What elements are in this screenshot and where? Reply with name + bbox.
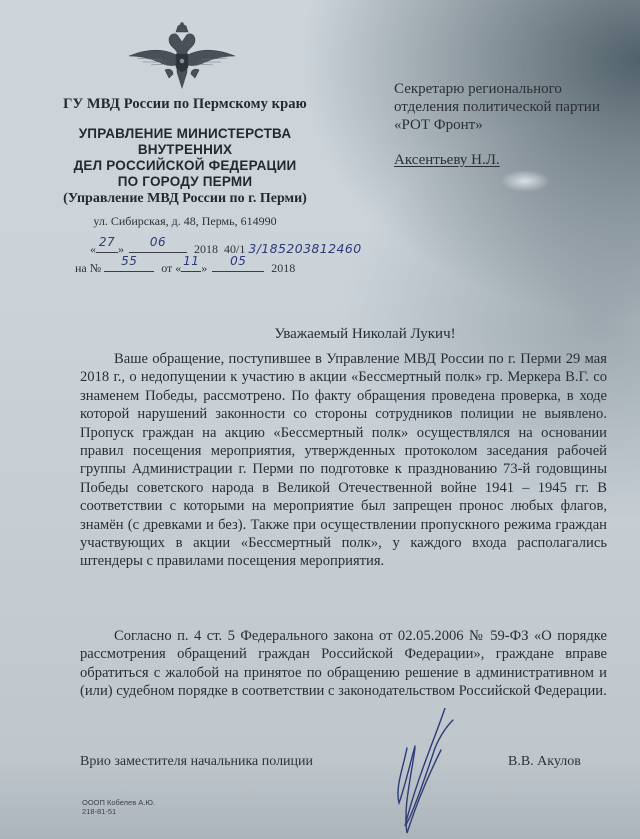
- in-reply-number-field: 55: [104, 259, 154, 272]
- organization-short-name: (Управление МВД России по г. Перми): [40, 190, 330, 208]
- in-reply-day-field: 11: [181, 259, 201, 272]
- quote-close: »: [201, 261, 207, 275]
- in-reply-day-value: 11: [181, 254, 201, 268]
- reg-number-handwritten: 3/185203812460: [248, 241, 361, 256]
- day-value: 27: [96, 235, 118, 249]
- body-paragraph-1: Ваше обращение, поступившее в Управление…: [80, 350, 607, 571]
- month-field: 06: [129, 240, 187, 253]
- recipient-line: «РОТ Фронт»: [394, 116, 634, 134]
- recipient-line: Секретарю регионального: [394, 80, 634, 98]
- recipient-block: Секретарю регионального отделения полити…: [394, 80, 634, 134]
- paragraph-text: Согласно п. 4 ст. 5 Федерального закона …: [80, 627, 607, 701]
- organization-name: УПРАВЛЕНИЕ МИНИСТЕРСТВА ВНУТРЕННИХ ДЕЛ Р…: [40, 126, 330, 190]
- org-line: ПО ГОРОДУ ПЕРМИ: [40, 174, 330, 190]
- salutation: Уважаемый Николай Лукич!: [0, 326, 640, 343]
- in-reply-label: на №: [75, 261, 101, 275]
- in-reply-month-value: 05: [212, 254, 264, 268]
- day-field: 27: [96, 240, 118, 253]
- photo-shadow: [0, 759, 640, 839]
- in-reply-number-value: 55: [104, 254, 154, 268]
- org-line: ДЕЛ РОССИЙСКОЙ ФЕДЕРАЦИИ: [40, 158, 330, 174]
- sender-header: ГУ МВД России по Пермскому краю УПРАВЛЕН…: [40, 96, 330, 229]
- in-reply-year-value: 2018: [271, 261, 295, 275]
- recipient-name: Аксентьеву Н.Л.: [394, 152, 500, 169]
- in-reply-registration-line: на № 55 от «11» 05 2018: [75, 259, 295, 276]
- org-line: ВНУТРЕННИХ: [40, 142, 330, 158]
- org-line: УПРАВЛЕНИЕ МИНИСТЕРСТВА: [40, 126, 330, 142]
- in-reply-month-field: 05: [212, 259, 264, 272]
- paper-smudge: [500, 170, 550, 192]
- paragraph-text: Ваше обращение, поступившее в Управление…: [80, 350, 607, 571]
- letter-page: ГУ МВД России по Пермскому краю УПРАВЛЕН…: [0, 0, 640, 839]
- parent-organization: ГУ МВД России по Пермскому краю: [40, 96, 330, 113]
- mvd-eagle-emblem-icon: [123, 22, 241, 94]
- body-paragraph-2: Согласно п. 4 ст. 5 Федерального закона …: [80, 627, 607, 701]
- sender-address: ул. Сибирская, д. 48, Пермь, 614990: [40, 214, 330, 229]
- from-label: от: [161, 261, 172, 275]
- recipient-line: отделения политической партии: [394, 98, 634, 116]
- month-value: 06: [129, 235, 187, 249]
